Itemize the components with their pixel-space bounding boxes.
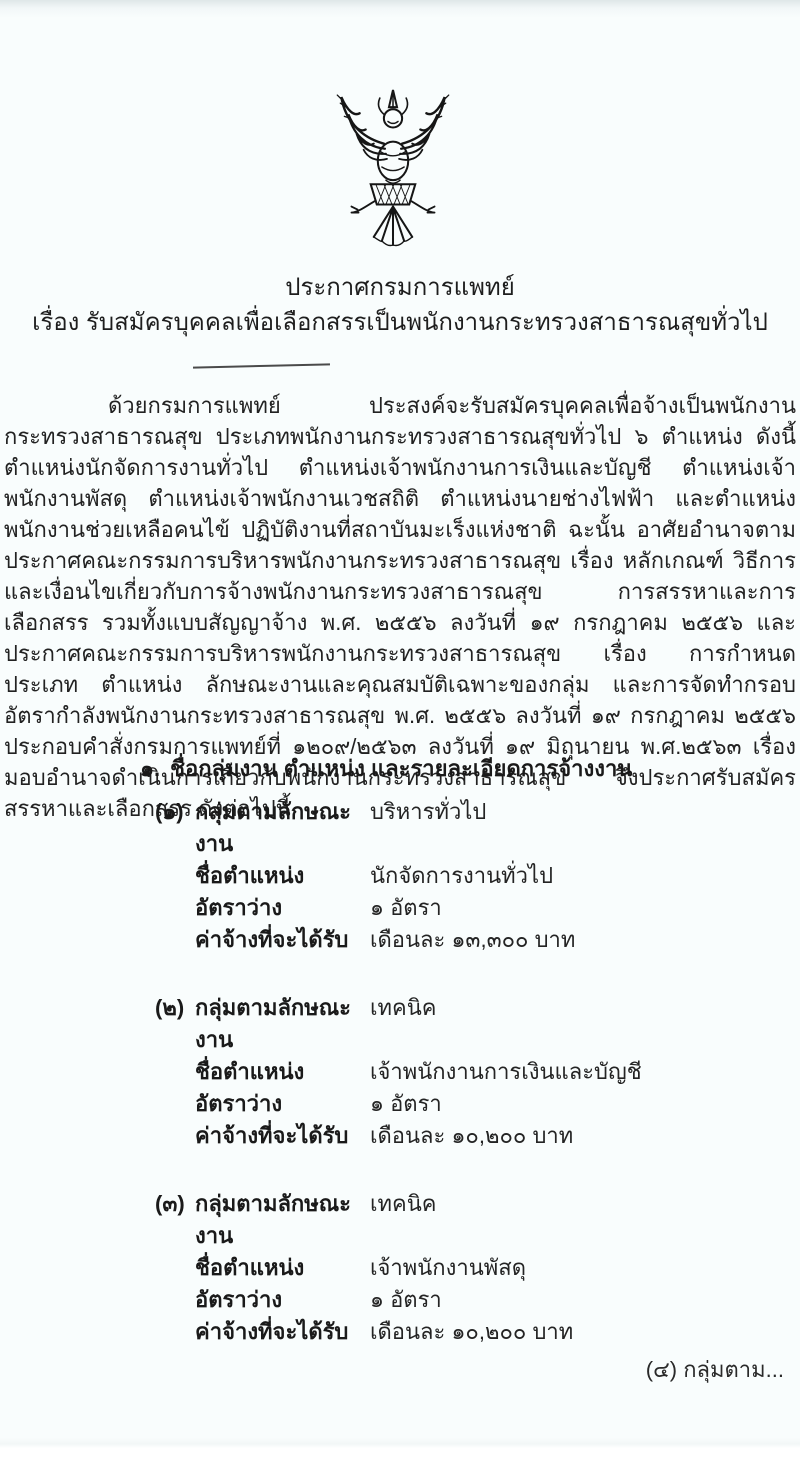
row-value: เดือนละ ๑๐,๒๐๐ บาท [370,1316,760,1348]
job-row: อัตราว่าง ๑ อัตรา [155,1284,760,1316]
job-item-1: (๑) กลุ่มตามลักษณะงาน บริหารทั่วไป ชื่อต… [155,796,760,956]
job-row: ค่าจ้างที่จะได้รับ เดือนละ ๑๐,๒๐๐ บาท [155,1120,760,1152]
row-label: ชื่อตำแหน่ง [195,1056,370,1088]
job-row: ค่าจ้างที่จะได้รับ เดือนละ ๑๐,๒๐๐ บาท [155,1316,760,1348]
row-label: ค่าจ้างที่จะได้รับ [195,924,370,956]
job-item-3: (๓) กลุ่มตามลักษณะงาน เทคนิค ชื่อตำแหน่ง… [155,1188,760,1348]
row-value: นักจัดการงานทั่วไป [370,860,760,892]
row-label: กลุ่มตามลักษณะงาน [195,1188,370,1252]
job-row: ชื่อตำแหน่ง นักจัดการงานทั่วไป [155,860,760,892]
job-row: ชื่อตำแหน่ง เจ้าพนักงานพัสดุ [155,1252,760,1284]
row-value: บริหารทั่วไป [370,796,760,860]
row-label: ค่าจ้างที่จะได้รับ [195,1316,370,1348]
row-label: อัตราว่าง [195,1284,370,1316]
row-label: ค่าจ้างที่จะได้รับ [195,1120,370,1152]
garuda-emblem [317,86,469,250]
job-row: (๒) กลุ่มตามลักษณะงาน เทคนิค [155,992,760,1056]
job-row: อัตราว่าง ๑ อัตรา [155,892,760,924]
row-value: เทคนิค [370,992,760,1056]
scanned-announcement-page: ประกาศกรมการแพทย์ เรื่อง รับสมัครบุคคลเพ… [0,0,800,1460]
section-heading: ๑.ชื่อกลุ่มงาน ตำแหน่ง และรายละเอียดการจ… [140,752,760,786]
section-heading-number: ๑. [140,752,160,786]
job-row: (๓) กลุ่มตามลักษณะงาน เทคนิค [155,1188,760,1252]
row-label: กลุ่มตามลักษณะงาน [195,992,370,1056]
row-value: เดือนละ ๑๐,๒๐๐ บาท [370,1120,760,1152]
page-title: ประกาศกรมการแพทย์ [0,272,800,304]
row-value: เจ้าพนักงานพัสดุ [370,1252,760,1284]
row-label: ชื่อตำแหน่ง [195,860,370,892]
row-value: ๑ อัตรา [370,1088,760,1120]
subject-line: เรื่อง รับสมัครบุคคลเพื่อเลือกสรรเป็นพนั… [0,306,800,340]
job-row: อัตราว่าง ๑ อัตรา [155,1088,760,1120]
row-value: เดือนละ ๑๓,๓๐๐ บาท [370,924,760,956]
row-value: เทคนิค [370,1188,760,1252]
row-value: ๑ อัตรา [370,1284,760,1316]
section-job-details: ๑.ชื่อกลุ่มงาน ตำแหน่ง และรายละเอียดการจ… [140,752,760,1348]
row-label: อัตราว่าง [195,1088,370,1120]
job-row: ชื่อตำแหน่ง เจ้าพนักงานการเงินและบัญชี [155,1056,760,1088]
subject-divider [193,363,330,368]
job-item-2: (๒) กลุ่มตามลักษณะงาน เทคนิค ชื่อตำแหน่ง… [155,992,760,1152]
item-number: (๒) [155,992,195,1056]
continuation-note: (๔) กลุ่มตาม... [646,1352,784,1387]
item-number: (๑) [155,796,195,860]
job-row: ค่าจ้างที่จะได้รับ เดือนละ ๑๓,๓๐๐ บาท [155,924,760,956]
row-value: เจ้าพนักงานการเงินและบัญชี [370,1056,760,1088]
section-heading-text: ชื่อกลุ่มงาน ตำแหน่ง และรายละเอียดการจ้า… [170,756,632,781]
row-label: กลุ่มตามลักษณะงาน [195,796,370,860]
item-number: (๓) [155,1188,195,1252]
job-row: (๑) กลุ่มตามลักษณะงาน บริหารทั่วไป [155,796,760,860]
row-value: ๑ อัตรา [370,892,760,924]
row-label: ชื่อตำแหน่ง [195,1252,370,1284]
row-label: อัตราว่าง [195,892,370,924]
